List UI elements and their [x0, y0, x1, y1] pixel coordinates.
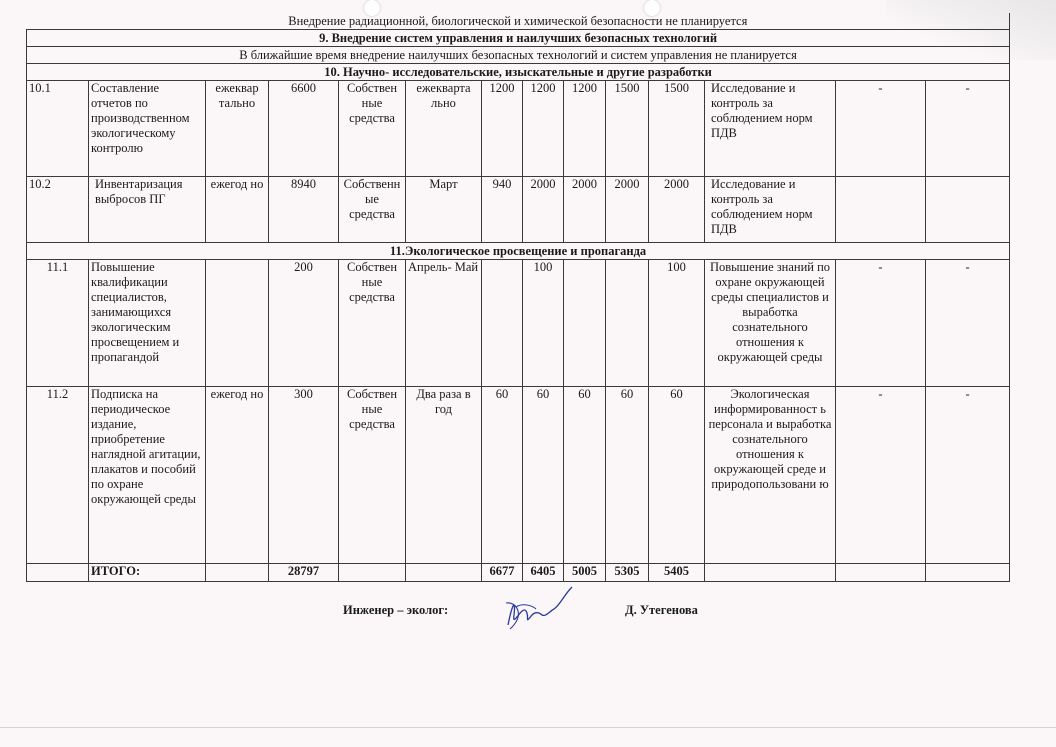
item-timing: Март [406, 177, 482, 243]
item-period: ежеквар тально [206, 81, 269, 177]
section-11-heading-row: 11.Экологическое просвещение и пропаганд… [27, 243, 1010, 260]
year-2-value: 2000 [523, 177, 564, 243]
item-timing: ежекварта льно [406, 81, 482, 177]
year-4-value: 2000 [606, 177, 649, 243]
year-4-value: 1500 [606, 81, 649, 177]
signatory-name: Д. Утегенова [625, 603, 698, 618]
year-2-value: 100 [523, 260, 564, 387]
total-year-3: 5005 [564, 564, 606, 582]
extra-col-2: - [926, 387, 1010, 564]
year-3-value: 60 [564, 387, 606, 564]
total-amount: 28797 [269, 564, 339, 582]
item-period [206, 260, 269, 387]
item-number: 11.2 [27, 387, 89, 564]
total-blank [836, 564, 926, 582]
year-3-value: 1200 [564, 81, 606, 177]
year-3-value: 2000 [564, 177, 606, 243]
year-4-value: 60 [606, 387, 649, 564]
total-blank [705, 564, 836, 582]
section-10-heading-row: 10. Научно- исследовательские, изыскател… [27, 64, 1010, 81]
section-9-heading-row: 9. Внедрение систем управления и наилучш… [27, 30, 1010, 47]
note-row-technologies: В ближайшие время внедрение наилучших бе… [27, 47, 1010, 64]
total-blank [926, 564, 1010, 582]
item-number: 10.1 [27, 81, 89, 177]
scan-edge-line [0, 727, 1056, 728]
item-result: Исследование и контроль за соблюдением н… [705, 177, 836, 243]
item-result: Исследование и контроль за соблюдением н… [705, 81, 836, 177]
total-year-1: 6677 [482, 564, 523, 582]
item-amount: 6600 [269, 81, 339, 177]
item-name: Повышение квалификации специалистов, зан… [89, 260, 206, 387]
section-10-heading: 10. Научно- исследовательские, изыскател… [27, 64, 1010, 81]
table-row: 11.1 Повышение квалификации специалистов… [27, 260, 1010, 387]
year-1-value: 940 [482, 177, 523, 243]
year-5-value: 2000 [649, 177, 705, 243]
measures-table: Внедрение радиационной, биологической и … [26, 13, 1010, 582]
extra-col-1: - [836, 387, 926, 564]
year-3-value [564, 260, 606, 387]
extra-col-2 [926, 177, 1010, 243]
item-source: Собствен ные средства [339, 387, 406, 564]
total-blank [406, 564, 482, 582]
item-name: Инвентаризация выбросов ПГ [89, 177, 206, 243]
note-radiation: Внедрение радиационной, биологической и … [27, 13, 1010, 30]
handwritten-signature-icon [502, 585, 574, 633]
year-4-value [606, 260, 649, 387]
item-timing: Апрель- Май [406, 260, 482, 387]
section-9-heading: 9. Внедрение систем управления и наилучш… [27, 30, 1010, 47]
year-1-value [482, 260, 523, 387]
item-name: Подписка на периодическое издание, приоб… [89, 387, 206, 564]
total-blank [339, 564, 406, 582]
item-result: Повышение знаний по охране окружающей ср… [705, 260, 836, 387]
total-year-4: 5305 [606, 564, 649, 582]
total-label: ИТОГО: [89, 564, 206, 582]
item-number: 10.2 [27, 177, 89, 243]
item-source: Собствен ные средства [339, 81, 406, 177]
total-blank [206, 564, 269, 582]
total-year-2: 6405 [523, 564, 564, 582]
item-period: ежегод но [206, 387, 269, 564]
table-row: 10.1 Составление отчетов по производстве… [27, 81, 1010, 177]
item-amount: 300 [269, 387, 339, 564]
extra-col-2: - [926, 81, 1010, 177]
note-row-radiation: Внедрение радиационной, биологической и … [27, 13, 1010, 30]
year-2-value: 1200 [523, 81, 564, 177]
item-amount: 8940 [269, 177, 339, 243]
item-timing: Два раза в год [406, 387, 482, 564]
item-number: 11.1 [27, 260, 89, 387]
total-blank [27, 564, 89, 582]
extra-col-2: - [926, 260, 1010, 387]
total-row: ИТОГО: 28797 6677 6405 5005 5305 5405 [27, 564, 1010, 582]
item-period: ежегод но [206, 177, 269, 243]
signatory-role: Инженер – эколог: [343, 603, 448, 618]
note-technologies: В ближайшие время внедрение наилучших бе… [27, 47, 1010, 64]
item-amount: 200 [269, 260, 339, 387]
item-source: Собствен ные средства [339, 260, 406, 387]
extra-col-1: - [836, 81, 926, 177]
section-11-heading: 11.Экологическое просвещение и пропаганд… [27, 243, 1010, 260]
extra-col-1 [836, 177, 926, 243]
year-5-value: 100 [649, 260, 705, 387]
year-5-value: 60 [649, 387, 705, 564]
table-row: 10.2 Инвентаризация выбросов ПГ ежегод н… [27, 177, 1010, 243]
item-result: Экологическая информированност ь персона… [705, 387, 836, 564]
extra-col-1: - [836, 260, 926, 387]
year-1-value: 1200 [482, 81, 523, 177]
year-2-value: 60 [523, 387, 564, 564]
year-1-value: 60 [482, 387, 523, 564]
table-row: 11.2 Подписка на периодическое издание, … [27, 387, 1010, 564]
total-year-5: 5405 [649, 564, 705, 582]
item-name: Составление отчетов по производственном … [89, 81, 206, 177]
item-source: Собственн ые средства [339, 177, 406, 243]
year-5-value: 1500 [649, 81, 705, 177]
